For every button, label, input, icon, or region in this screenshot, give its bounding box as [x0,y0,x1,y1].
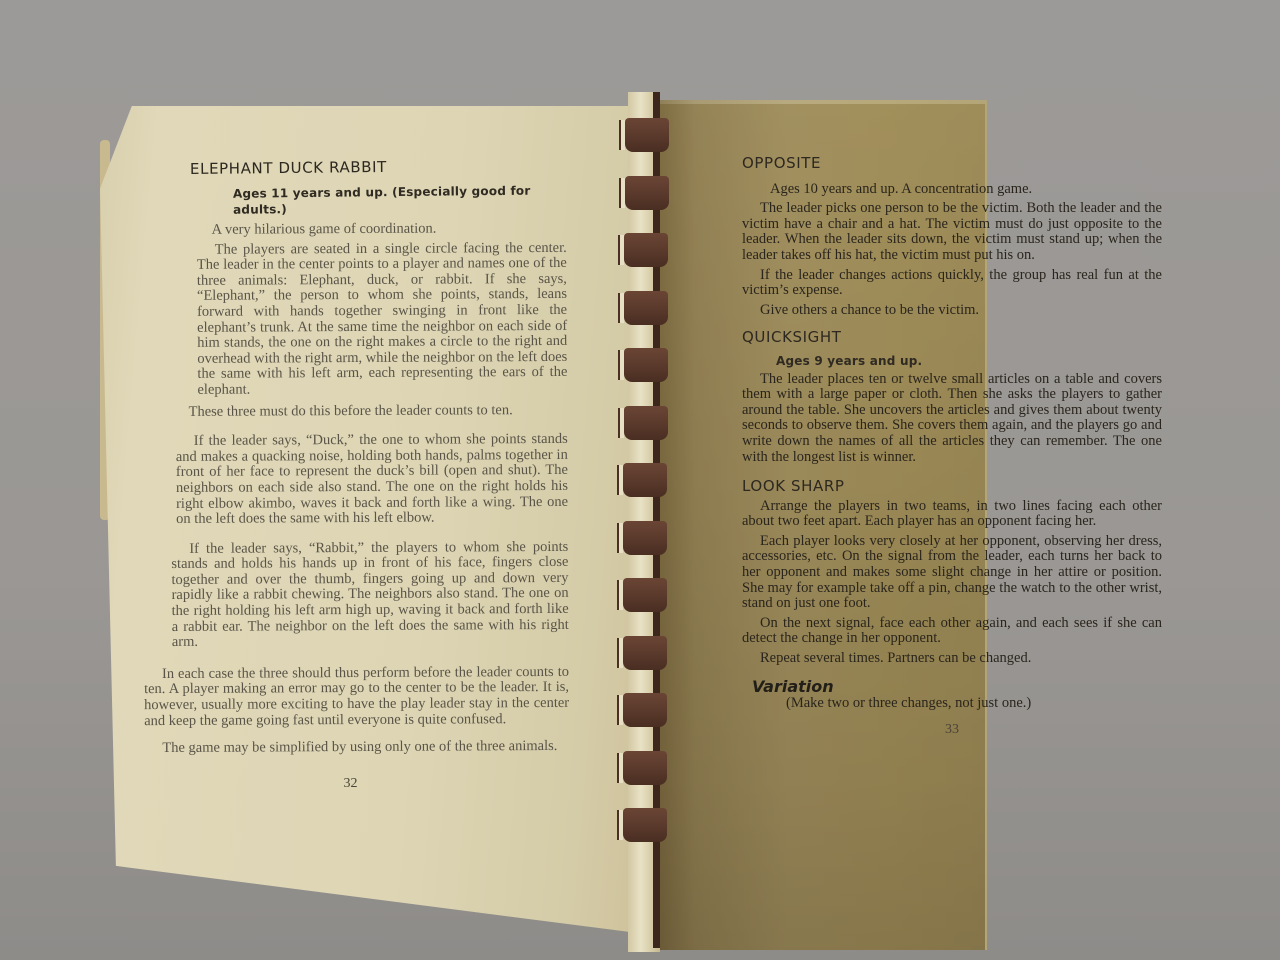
paragraph: If the leader says, “Rabbit,” the player… [171,539,569,650]
paragraph: If the leader says, “Duck,” the one to w… [176,432,568,528]
paragraph: If the leader changes actions quickly, t… [742,268,1162,299]
paragraph: The leader places ten or twelve small ar… [742,372,1162,466]
binding-ring [623,636,667,670]
right-page-content: OPPOSITE Ages 10 years and up. A concent… [742,156,1162,737]
binding-ring [623,463,667,497]
game-title: OPPOSITE [742,156,1162,172]
paragraph: On the next signal, face each other agai… [742,616,1162,647]
page-number: 32 [133,776,568,792]
binding-ring [623,693,667,727]
variation-text: (Make two or three changes, not just one… [786,696,1162,712]
binding-ring [624,291,668,325]
left-page-content: ELEPHANT DUCK RABBIT Ages 11 years and u… [143,160,568,791]
paragraph: The players are seated in a single circl… [197,240,568,398]
paragraph: A very hilarious game of coordination. [197,221,567,239]
binding-ring [624,233,668,267]
paragraph: Arrange the players in two teams, in two… [742,499,1162,530]
binding-ring [625,176,669,210]
paragraph: The leader picks one person to be the vi… [742,201,1162,263]
paragraph: These three must do this before the lead… [171,402,568,420]
game-title: LOOK SHARP [742,479,1162,495]
paragraph: Each player looks very closely at her op… [742,534,1162,612]
paragraph: The game may be simplified by using only… [144,739,569,757]
variation-heading: Variation [752,679,1162,695]
binding-ring [624,348,668,382]
binding-ring [623,521,667,555]
paragraph: Give others a chance to be the victim. [742,303,1162,319]
game-title: ELEPHANT DUCK RABBIT [190,158,568,178]
game-age-range: Ages 9 years and up. [776,354,1162,370]
binding-ring [624,406,668,440]
paragraph: Ages 10 years and up. A concentration ga… [752,182,1162,198]
paragraph: Repeat several times. Partners can be ch… [742,651,1162,667]
binding-ring [623,808,667,842]
binding-ring [623,578,667,612]
binding-ring [623,751,667,785]
binding-ring [625,118,669,152]
page-number: 33 [742,722,1162,738]
game-title: QUICKSIGHT [742,330,1162,346]
game-age-range: Ages 11 years and up. (Especially good f… [233,183,568,218]
paragraph: In each case the three should thus perfo… [144,665,569,730]
